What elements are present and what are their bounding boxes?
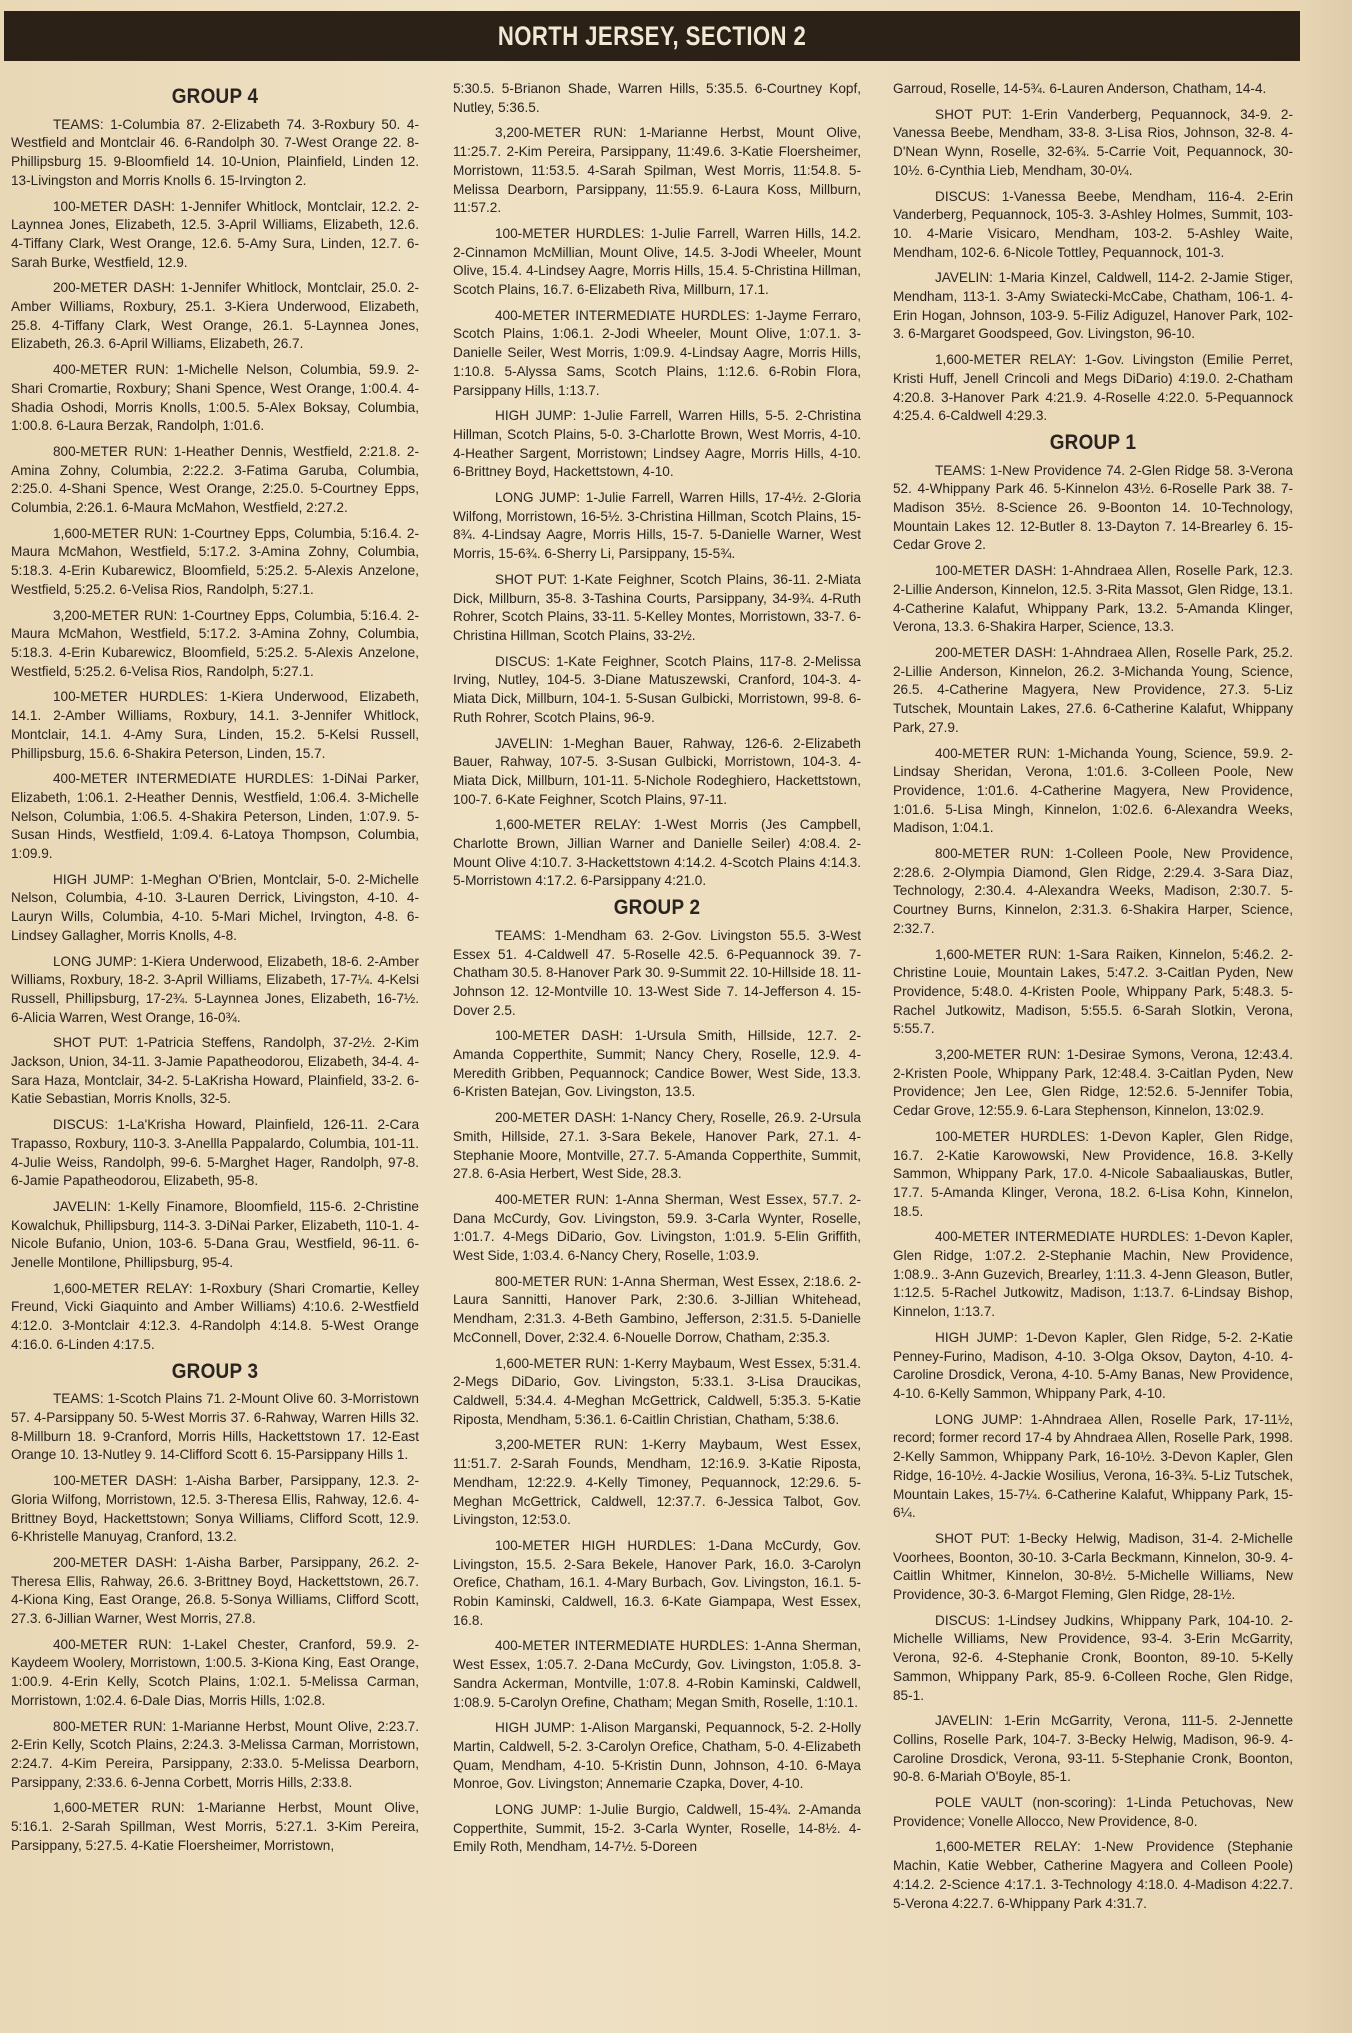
event-results-paragraph: TEAMS: 1-Columbia 87. 2-Elizabeth 74. 3-… — [11, 116, 419, 191]
event-results-paragraph: 100-METER DASH: 1-Ahndraea Allen, Rosell… — [893, 562, 1293, 637]
event-results-paragraph: 1,600-METER RUN: 1-Kerry Maybaum, West E… — [453, 1355, 861, 1430]
event-results-paragraph: 100-METER DASH: 1-Jennifer Whitlock, Mon… — [11, 198, 419, 273]
event-results-paragraph: HIGH JUMP: 1-Devon Kapler, Glen Ridge, 5… — [893, 1329, 1293, 1404]
event-results-paragraph: HIGH JUMP: 1-Meghan O'Brien, Montclair, … — [11, 871, 419, 946]
event-results-paragraph: 200-METER DASH: 1-Jennifer Whitlock, Mon… — [11, 279, 419, 354]
group-heading: GROUP 1 — [913, 434, 1273, 453]
column-1: GROUP 4TEAMS: 1-Columbia 87. 2-Elizabeth… — [11, 80, 419, 1862]
event-results-paragraph: 400-METER INTERMEDIATE HURDLES: 1-Jayme … — [453, 307, 861, 401]
event-results-paragraph: 400-METER RUN: 1-Michanda Young, Science… — [893, 745, 1293, 839]
event-results-paragraph: DISCUS: 1-Lindsey Judkins, Whippany Park… — [893, 1612, 1293, 1706]
event-results-paragraph: HIGH JUMP: 1-Julie Farrell, Warren Hills… — [453, 407, 861, 482]
event-results-paragraph: 1,600-METER RUN: 1-Marianne Herbst, Moun… — [11, 1799, 419, 1855]
event-results-paragraph: 100-METER DASH: 1-Ursula Smith, Hillside… — [453, 1027, 861, 1102]
event-results-paragraph: SHOT PUT: 1-Becky Helwig, Madison, 31-4.… — [893, 1530, 1293, 1605]
event-results-paragraph: 100-METER HURDLES: 1-Kiera Underwood, El… — [11, 688, 419, 763]
event-results-paragraph: SHOT PUT: 1-Patricia Steffens, Randolph,… — [11, 1034, 419, 1109]
event-results-paragraph: 3,200-METER RUN: 1-Courtney Epps, Columb… — [11, 607, 419, 682]
column-2: 5:30.5. 5-Brianon Shade, Warren Hills, 5… — [453, 80, 861, 1864]
section-title: NORTH JERSEY, SECTION 2 — [498, 21, 806, 52]
column-3: Garroud, Roselle, 14-5¾. 6-Lauren Anders… — [893, 80, 1293, 1920]
event-results-paragraph: 200-METER DASH: 1-Aisha Barber, Parsippa… — [11, 1554, 419, 1629]
event-results-paragraph: LONG JUMP: 1-Kiera Underwood, Elizabeth,… — [11, 953, 419, 1028]
event-results-paragraph: 3,200-METER RUN: 1-Marianne Herbst, Moun… — [453, 124, 861, 218]
group-heading: GROUP 2 — [473, 899, 840, 918]
event-results-paragraph: 1,600-METER RELAY: 1-West Morris (Jes Ca… — [453, 816, 861, 891]
results-paragraph-continued: Garroud, Roselle, 14-5¾. 6-Lauren Anders… — [893, 80, 1293, 99]
event-results-paragraph: 100-METER HURDLES: 1-Devon Kapler, Glen … — [893, 1128, 1293, 1222]
event-results-paragraph: 3,200-METER RUN: 1-Kerry Maybaum, West E… — [453, 1436, 861, 1530]
event-results-paragraph: 1,600-METER RUN: 1-Courtney Epps, Columb… — [11, 525, 419, 600]
event-results-paragraph: TEAMS: 1-Scotch Plains 71. 2-Mount Olive… — [11, 1390, 419, 1465]
event-results-paragraph: 100-METER HURDLES: 1-Julie Farrell, Warr… — [453, 225, 861, 300]
event-results-paragraph: 1,600-METER RUN: 1-Sara Raiken, Kinnelon… — [893, 946, 1293, 1040]
event-results-paragraph: JAVELIN: 1-Maria Kinzel, Caldwell, 114-2… — [893, 269, 1293, 344]
event-results-paragraph: 1,600-METER RELAY: 1-Roxbury (Shari Crom… — [11, 1280, 419, 1355]
event-results-paragraph: LONG JUMP: 1-Julie Farrell, Warren Hills… — [453, 489, 861, 564]
event-results-paragraph: 200-METER DASH: 1-Ahndraea Allen, Rosell… — [893, 644, 1293, 738]
event-results-paragraph: 400-METER RUN: 1-Anna Sherman, West Esse… — [453, 1191, 861, 1266]
event-results-paragraph: POLE VAULT (non-scoring): 1-Linda Petuch… — [893, 1794, 1293, 1831]
event-results-paragraph: JAVELIN: 1-Kelly Finamore, Bloomfield, 1… — [11, 1198, 419, 1273]
event-results-paragraph: LONG JUMP: 1-Julie Burgio, Caldwell, 15-… — [453, 1801, 861, 1857]
event-results-paragraph: 800-METER RUN: 1-Anna Sherman, West Esse… — [453, 1273, 861, 1348]
results-paragraph-continued: 5:30.5. 5-Brianon Shade, Warren Hills, 5… — [453, 80, 861, 117]
event-results-paragraph: 1,600-METER RELAY: 1-Gov. Livingston (Em… — [893, 351, 1293, 426]
page-edge-shadow — [1302, 0, 1352, 2033]
event-results-paragraph: 400-METER INTERMEDIATE HURDLES: 1-Anna S… — [453, 1637, 861, 1712]
event-results-paragraph: 800-METER RUN: 1-Colleen Poole, New Prov… — [893, 845, 1293, 939]
group-heading: GROUP 4 — [31, 88, 398, 107]
event-results-paragraph: 100-METER HIGH HURDLES: 1-Dana McCurdy, … — [453, 1537, 861, 1631]
event-results-paragraph: SHOT PUT: 1-Erin Vanderberg, Pequannock,… — [893, 106, 1293, 181]
event-results-paragraph: HIGH JUMP: 1-Alison Marganski, Pequannoc… — [453, 1719, 861, 1794]
event-results-paragraph: 400-METER RUN: 1-Lakel Chester, Cranford… — [11, 1636, 419, 1711]
section-banner: NORTH JERSEY, SECTION 2 — [4, 11, 1300, 61]
event-results-paragraph: 1,600-METER RELAY: 1-New Providence (Ste… — [893, 1838, 1293, 1913]
event-results-paragraph: 100-METER DASH: 1-Aisha Barber, Parsippa… — [11, 1472, 419, 1547]
event-results-paragraph: TEAMS: 1-New Providence 74. 2-Glen Ridge… — [893, 462, 1293, 556]
event-results-paragraph: DISCUS: 1-Vanessa Beebe, Mendham, 116-4.… — [893, 188, 1293, 263]
event-results-paragraph: 800-METER RUN: 1-Heather Dennis, Westfie… — [11, 443, 419, 518]
event-results-paragraph: 200-METER DASH: 1-Nancy Chery, Roselle, … — [453, 1109, 861, 1184]
event-results-paragraph: JAVELIN: 1-Erin McGarrity, Verona, 111-5… — [893, 1712, 1293, 1787]
event-results-paragraph: 3,200-METER RUN: 1-Desirae Symons, Veron… — [893, 1046, 1293, 1121]
event-results-paragraph: DISCUS: 1-La'Krisha Howard, Plainfield, … — [11, 1116, 419, 1191]
event-results-paragraph: SHOT PUT: 1-Kate Feighner, Scotch Plains… — [453, 571, 861, 646]
event-results-paragraph: LONG JUMP: 1-Ahndraea Allen, Roselle Par… — [893, 1411, 1293, 1523]
event-results-paragraph: TEAMS: 1-Mendham 63. 2-Gov. Livingston 5… — [453, 927, 861, 1021]
event-results-paragraph: 400-METER INTERMEDIATE HURDLES: 1-DiNai … — [11, 770, 419, 864]
newspaper-page: NORTH JERSEY, SECTION 2 GROUP 4TEAMS: 1-… — [0, 0, 1352, 2033]
event-results-paragraph: 800-METER RUN: 1-Marianne Herbst, Mount … — [11, 1718, 419, 1793]
event-results-paragraph: DISCUS: 1-Kate Feighner, Scotch Plains, … — [453, 653, 861, 728]
event-results-paragraph: 400-METER RUN: 1-Michelle Nelson, Columb… — [11, 361, 419, 436]
event-results-paragraph: 400-METER INTERMEDIATE HURDLES: 1-Devon … — [893, 1228, 1293, 1322]
group-heading: GROUP 3 — [31, 1363, 398, 1382]
event-results-paragraph: JAVELIN: 1-Meghan Bauer, Rahway, 126-6. … — [453, 735, 861, 810]
